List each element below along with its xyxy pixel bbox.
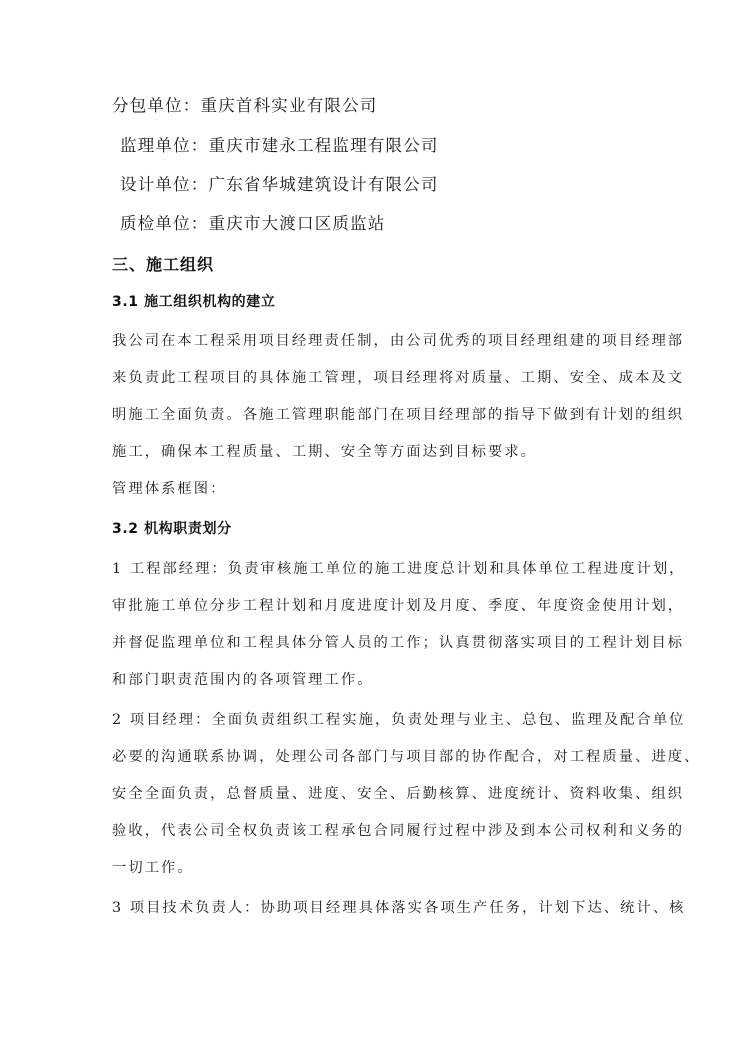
unit-value: 重庆市建永工程监理有限公司 — [209, 136, 439, 155]
unit-quality-inspection: 质检单位：重庆市大渡口区质监站 — [120, 216, 386, 233]
paragraph-line: 明施工全面负责。各施工管理职能部门在项目经理部的指导下做到有计划的组织 — [112, 408, 684, 422]
paragraph-line: 我公司在本工程采用项目经理责任制，由公司优秀的项目经理组建的项目经理部 — [112, 334, 684, 348]
paragraph-line: 一切工作。 — [112, 861, 194, 875]
unit-label: 质检单位： — [120, 214, 209, 233]
paragraph-line: 必要的沟通联系协调，处理公司各部门与项目部的协作配合，对工程质量、进度、 — [112, 750, 700, 764]
paragraph-line: 2 项目经理：全面负责组织工程实施，负责处理与业主、总包、监理及配合单位 — [112, 713, 686, 727]
paragraph-line: 1 工程部经理：负责审核施工单位的施工进度总计划和具体单位工程进度计划， — [112, 562, 686, 576]
unit-subcontractor: 分包单位：重庆首科实业有限公司 — [112, 98, 378, 115]
unit-value: 广东省华城建筑设计有限公司 — [209, 175, 439, 194]
unit-label: 设计单位： — [120, 175, 209, 194]
unit-value: 重庆首科实业有限公司 — [201, 96, 378, 115]
paragraph-line: 来负责此工程项目的具体施工管理，项目经理将对质量、工期、安全、成本及文 — [112, 371, 684, 385]
subsection-heading-3-1: 3.1 施工组织机构的建立 — [112, 295, 275, 309]
paragraph-line: 和部门职责范围内的各项管理工作。 — [112, 673, 374, 687]
paragraph-line: 施工，确保本工程质量、工期、安全等方面达到目标要求。 — [112, 445, 537, 459]
paragraph-line: 安全全面负责，总督质量、进度、安全、后勤核算、进度统计、资料收集、组织 — [112, 787, 684, 801]
subsection-heading-3-2: 3.2 机构职责划分 — [112, 522, 232, 536]
section-heading: 三、施工组织 — [112, 257, 214, 273]
paragraph-line: 审批施工单位分步工程计划和月度进度计划及月度、季度、年度资金使用计划， — [112, 599, 684, 613]
paragraph-line: 验收，代表公司全权负责该工程承包合同履行过程中涉及到本公司权利和义务的 — [112, 824, 684, 838]
document-page: 分包单位：重庆首科实业有限公司 监理单位：重庆市建永工程监理有限公司 设计单位：… — [0, 0, 744, 1052]
unit-supervisor: 监理单位：重庆市建永工程监理有限公司 — [120, 138, 439, 155]
paragraph-line: 3 项目技术负责人：协助项目经理具体落实各项生产任务，计划下达、统计、核 — [112, 901, 686, 915]
paragraph-line: 并督促监理单位和工程具体分管人员的工作；认真贯彻落实项目的工程计划目标 — [112, 636, 684, 650]
diagram-caption: 管理体系框图： — [112, 482, 226, 496]
unit-label: 监理单位： — [120, 136, 209, 155]
unit-value: 重庆市大渡口区质监站 — [209, 214, 386, 233]
unit-label: 分包单位： — [112, 96, 201, 115]
unit-designer: 设计单位：广东省华城建筑设计有限公司 — [120, 177, 439, 194]
